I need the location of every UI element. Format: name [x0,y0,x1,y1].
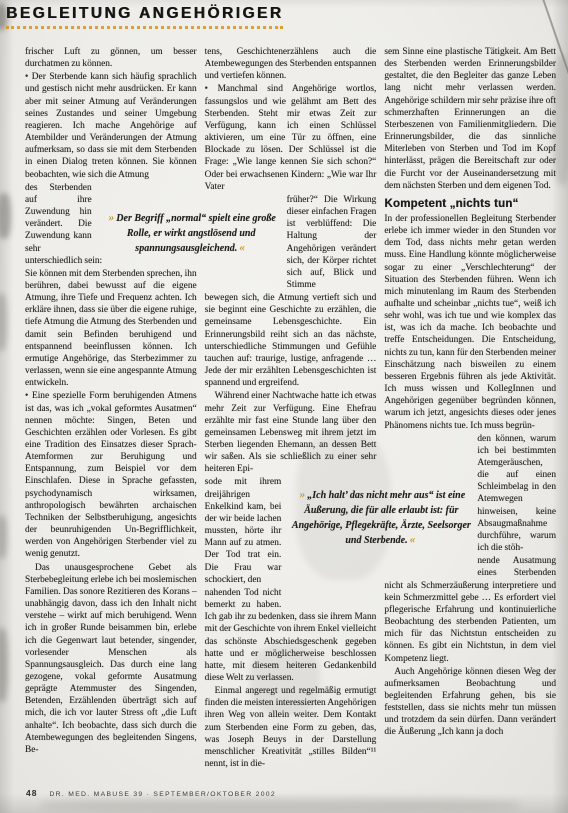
text-column: tens, Geschichtenerzählens auch die Atem… [205,46,377,777]
body-paragraph: Einmal angeregt und regelmäßig ermutigt … [205,685,377,770]
section-heading: Kompetent „nichts tun“ [384,198,556,210]
page-number: 48 [26,788,37,798]
body-paragraph: • Der Sterbende kann sich häufig sprachl… [25,71,197,180]
page-footer: 48 DR. MED. MABUSE 39 · SEPTEMBER/OKTOBE… [26,788,276,798]
body-paragraph: Sie können mit dem Sterbenden sprechen, … [25,268,197,390]
pull-quote-text: »„Ich halt’ das nicht mehr aus“ ist eine… [289,488,473,548]
body-paragraph: Das unausgesprochene Gebet als Sterbebeg… [25,562,197,757]
body-paragraph: sem Sinne eine plastische Tätigkeit. Am … [384,46,556,192]
body-paragraph: bewegen sich, die Atmung vertieft sich u… [205,292,377,389]
scan-smudge [0,193,11,239]
scan-smudge [0,628,8,702]
body-paragraph: frischer Luft zu gönnen, um besser durch… [25,46,197,70]
journal-line: DR. MED. MABUSE 39 · SEPTEMBER/OKTOBER 2… [49,791,276,798]
quote-close-mark: « [408,534,418,546]
quote-open-mark: » [298,489,308,501]
scan-smudge [0,293,7,351]
content-columns: frischer Luft zu gönnen, um besser durch… [25,46,556,777]
body-paragraph: tens, Geschichtenerzählens auch die Atem… [205,46,377,82]
text-column: sem Sinne eine plastische Tätigkeit. Am … [384,46,556,777]
scan-smudge [0,515,7,559]
body-paragraph: Auch Angehörige können diesen Weg der au… [384,666,556,739]
page: BEGLEITUNG ANGEHÖRIGER frischer Luft zu … [0,0,568,813]
article-header: BEGLEITUNG ANGEHÖRIGER [6,5,283,29]
body-paragraph: • Manchmal sind Angehörige wortlos, fass… [205,83,377,192]
body-paragraph: • Eine spezielle Form beruhigenden Atmen… [25,390,197,560]
page-title: BEGLEITUNG ANGEHÖRIGER [6,5,283,29]
pull-quote-1: »Der Begriff „normal“ spielt eine große … [98,183,285,285]
quote-close-mark: « [237,242,247,254]
quote-open-mark: » [107,212,117,224]
scan-smudge [40,798,520,812]
body-paragraph: In der professionellen Begleitung Sterbe… [384,213,556,432]
pull-quote-2: »„Ich halt’ das nicht mehr aus“ ist eine… [287,434,475,604]
text-column: frischer Luft zu gönnen, um besser durch… [25,46,197,777]
pull-quote-text: »Der Begriff „normal“ spielt eine große … [100,211,283,257]
